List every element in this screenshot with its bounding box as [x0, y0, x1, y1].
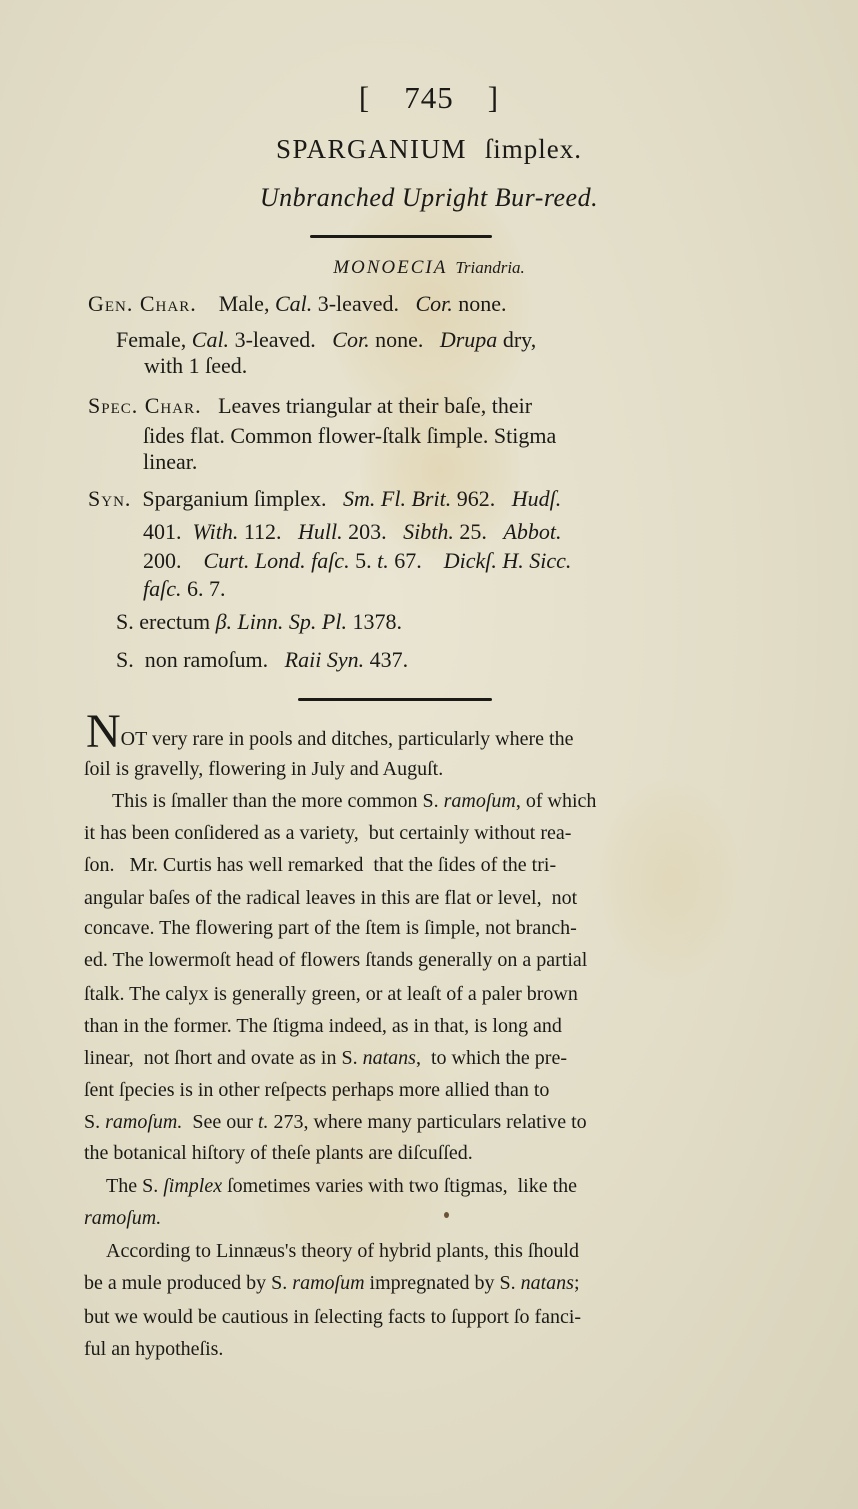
text: natans [363, 1047, 416, 1069]
text: ſimplex [163, 1175, 222, 1197]
page-number: [745] [0, 80, 858, 116]
book-page: [745] SPARGANIUM ſimplex. Unbranched Upr… [0, 0, 858, 1509]
text: S. erectum [116, 609, 216, 634]
text: , to which the pre- [416, 1047, 567, 1069]
text: 962. [451, 486, 512, 511]
text: concave. The flowering part of the ſtem … [84, 917, 577, 940]
text: the botanical hiſtory of theſe plants ar… [84, 1142, 473, 1165]
text: 3-leaved. [229, 327, 332, 352]
citation: Curt. Lond. faſc. [204, 548, 350, 573]
text: Female, [116, 327, 192, 352]
text: 3-leaved. [312, 291, 415, 316]
text: See our [182, 1111, 258, 1133]
text: 6. 7. [182, 576, 226, 601]
linnaean-classification: MONOECIATriandria. [0, 257, 858, 279]
text: ramoſum [444, 790, 516, 812]
text: ſides flat. Common flower-ſtalk ſimple. … [143, 422, 556, 450]
foxing-stain [600, 780, 740, 980]
text: Male, [219, 291, 275, 316]
text: none. [453, 291, 507, 316]
text: ſometimes varies with two ſtigmas, like … [222, 1175, 577, 1197]
citation: Dickſ. H. Sicc. [444, 548, 572, 573]
text: Cor. [415, 291, 452, 316]
text: ramoſum [292, 1272, 364, 1294]
text: be a mule produced by S. [84, 1272, 292, 1294]
spec-char-label: Spec. Char. [88, 393, 202, 418]
text: S. [84, 1111, 105, 1133]
citation: Abbot. [503, 519, 561, 544]
text: 203. [343, 519, 404, 544]
text: This is ſmaller than the more common S. [112, 790, 444, 812]
text: 273, where many particulars relative to [268, 1111, 586, 1133]
text: 67. [389, 548, 444, 573]
text: dry, [497, 327, 536, 352]
text: 401. [143, 519, 193, 544]
bracket-close: ] [488, 80, 499, 115]
text: impregnated by S. [365, 1272, 521, 1294]
gen-char-label: Gen. Char. [88, 291, 197, 316]
text: Cal. [192, 327, 229, 352]
text: linear, not ſhort and ovate as in S. [84, 1047, 363, 1069]
text: t. [258, 1111, 269, 1133]
text: Sparganium ſimplex. [142, 486, 343, 511]
citation: faſc. [143, 576, 182, 601]
text: but we would be cautious in ſelecting fa… [84, 1306, 581, 1329]
text: Cal. [275, 291, 312, 316]
citation: Sm. Fl. Brit. [343, 486, 451, 511]
order-name: Triandria. [455, 258, 524, 277]
text: ramoſum. [84, 1207, 161, 1229]
text: ; [574, 1272, 580, 1294]
text: Cor. [332, 327, 369, 352]
syn-label: Syn. [88, 486, 131, 511]
text: OT very rare in pools and ditches, parti… [121, 728, 574, 750]
text: angular baſes of the radical leaves in t… [84, 887, 577, 910]
text: ful an hypotheſis. [84, 1338, 223, 1361]
page-number-value: 745 [404, 80, 454, 116]
text: 1378. [347, 609, 402, 634]
text: The S. [106, 1175, 163, 1197]
text: 25. [454, 519, 504, 544]
common-name: Unbranched Upright Bur-reed. [0, 183, 858, 213]
text: 112. [238, 519, 298, 544]
citation: Hull. [298, 519, 343, 544]
text: ed. The lowermoſt head of flowers ſtands… [84, 949, 587, 972]
text: 200. [143, 548, 204, 573]
text: ſon. Mr. Curtis has well remarked that t… [84, 854, 556, 877]
text: According to Linnæus's theory of hybrid … [106, 1240, 579, 1263]
text: none. [370, 327, 440, 352]
genus-name: SPARGANIUM [276, 134, 467, 164]
text: ramoſum. [105, 1111, 182, 1133]
text: ſtalk. The calyx is generally green, or … [84, 983, 578, 1006]
citation: β. Linn. Sp. Pl. [216, 609, 347, 634]
citation: t. [377, 548, 389, 573]
ink-speck [444, 1212, 449, 1218]
text: than in the former. The ſtigma indeed, a… [84, 1015, 562, 1038]
text: ſent ſpecies is in other reſpects perhap… [84, 1079, 549, 1102]
citation: Sibth. [403, 519, 454, 544]
text: Leaves triangular at their baſe, their [218, 393, 532, 418]
text: linear. [143, 448, 197, 476]
divider-middle [298, 698, 492, 701]
text: , of which [516, 790, 597, 812]
text: 437. [364, 647, 408, 672]
text: ſoil is gravelly, flowering in July and … [84, 758, 443, 781]
drop-cap: N [86, 705, 121, 758]
text: S. non ramoſum. [116, 647, 285, 672]
text: Drupa [440, 327, 497, 352]
text: 5. [350, 548, 378, 573]
citation: With. [193, 519, 239, 544]
text: natans [521, 1272, 574, 1294]
page-title: SPARGANIUM ſimplex. [0, 134, 858, 165]
bracket-open: [ [359, 80, 370, 115]
class-name: MONOECIA [333, 257, 447, 278]
text: with 1 ſeed. [144, 352, 247, 380]
species-name: ſimplex. [485, 134, 582, 164]
citation: Hudſ. [512, 486, 562, 511]
text: it has been conſidered as a variety, but… [84, 822, 571, 845]
citation: Raii Syn. [285, 647, 364, 672]
divider-top [310, 235, 492, 238]
